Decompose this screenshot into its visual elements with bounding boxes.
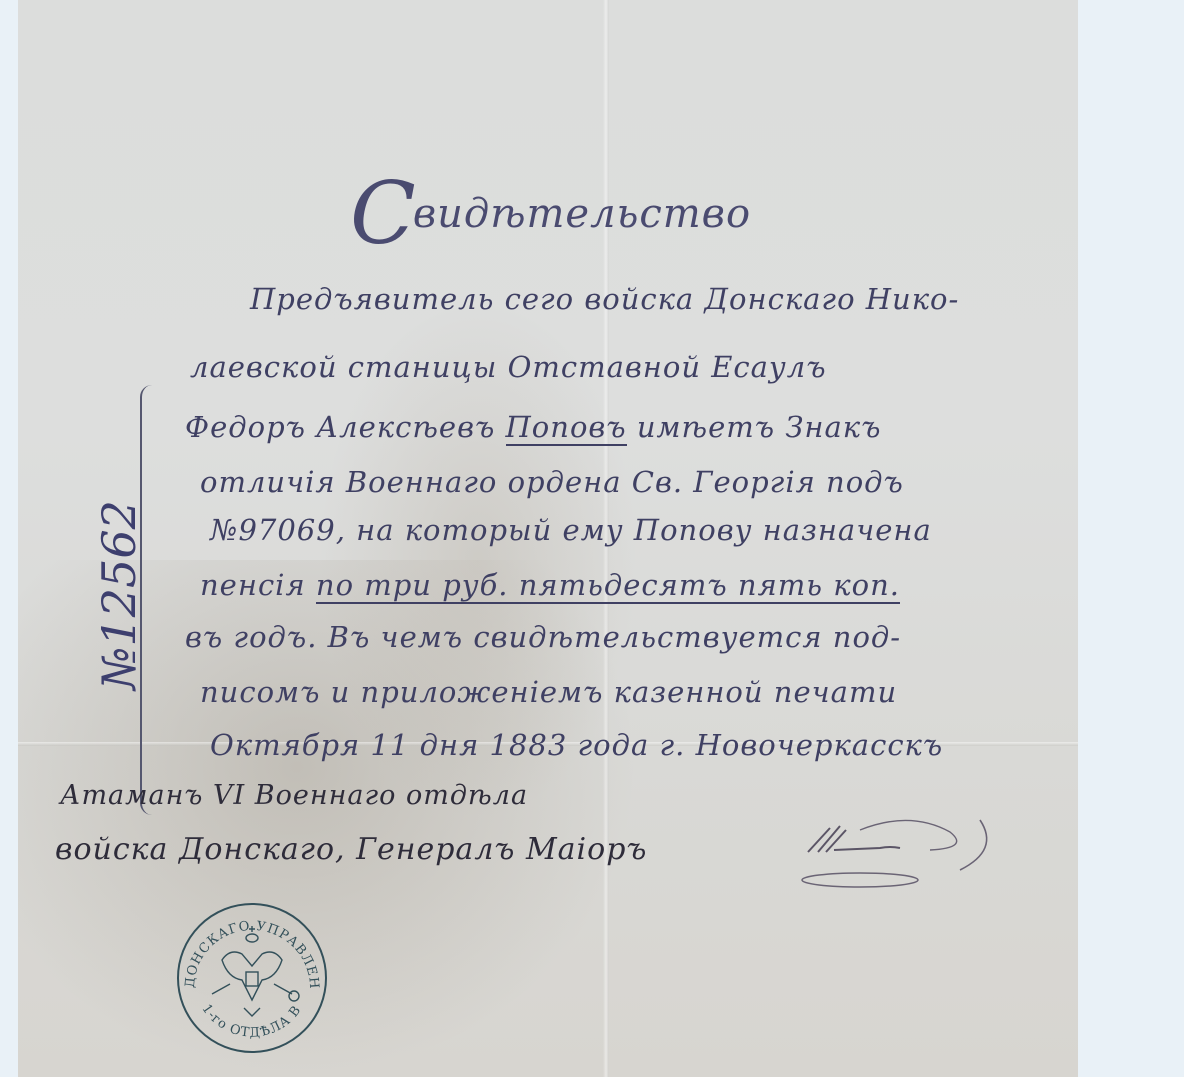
surname-underlined: Поповъ bbox=[506, 410, 627, 446]
document-title: Свидѣтельство bbox=[350, 148, 751, 248]
registry-number: №12562 bbox=[92, 500, 146, 690]
body-line-1: Предъявитель сего войска Донскаго Нико- bbox=[250, 282, 959, 316]
body-line-8: писомъ и приложенiемъ казенной печати bbox=[200, 675, 897, 709]
body-line-3: Федоръ Алексѣевъ Поповъ имѣетъ Знакъ bbox=[185, 410, 881, 444]
body-line-5: №97069, на который ему Попову назначена bbox=[210, 513, 932, 547]
line3-rest: имѣетъ Знакъ bbox=[627, 410, 882, 444]
pension-amount-underlined: по три руб. пятьдесятъ пять коп. bbox=[316, 568, 900, 604]
signature-line-2: войска Донскаго, Генералъ Маiоръ bbox=[55, 832, 647, 867]
signature-line-1: Атаманъ VI Военнаго отдѣла bbox=[60, 780, 528, 811]
body-line-4: отличiя Военнаго ордена Св. Георгiя подъ bbox=[200, 465, 904, 499]
pension-label: пенсiя bbox=[200, 568, 316, 602]
body-line-2: лаевской станицы Отставной Есаулъ bbox=[190, 350, 827, 384]
body-line-7: въ годъ. Въ чемъ свидѣтельствуется под- bbox=[185, 620, 901, 654]
body-line-9-date: Октября 11 дня 1883 года г. Новочеркасск… bbox=[210, 728, 943, 762]
first-name-patronymic: Федоръ Алексѣевъ bbox=[185, 410, 506, 444]
official-seal-stamp: ДОНСКАГО УПРАВЛЕНIЕ 1-го ОТДѢЛА В. bbox=[172, 898, 332, 1058]
document-title-text: видѣтельство bbox=[413, 191, 751, 237]
body-line-6: пенсiя по три руб. пятьдесятъ пять коп. bbox=[200, 568, 900, 602]
handwritten-signature bbox=[800, 810, 1010, 890]
